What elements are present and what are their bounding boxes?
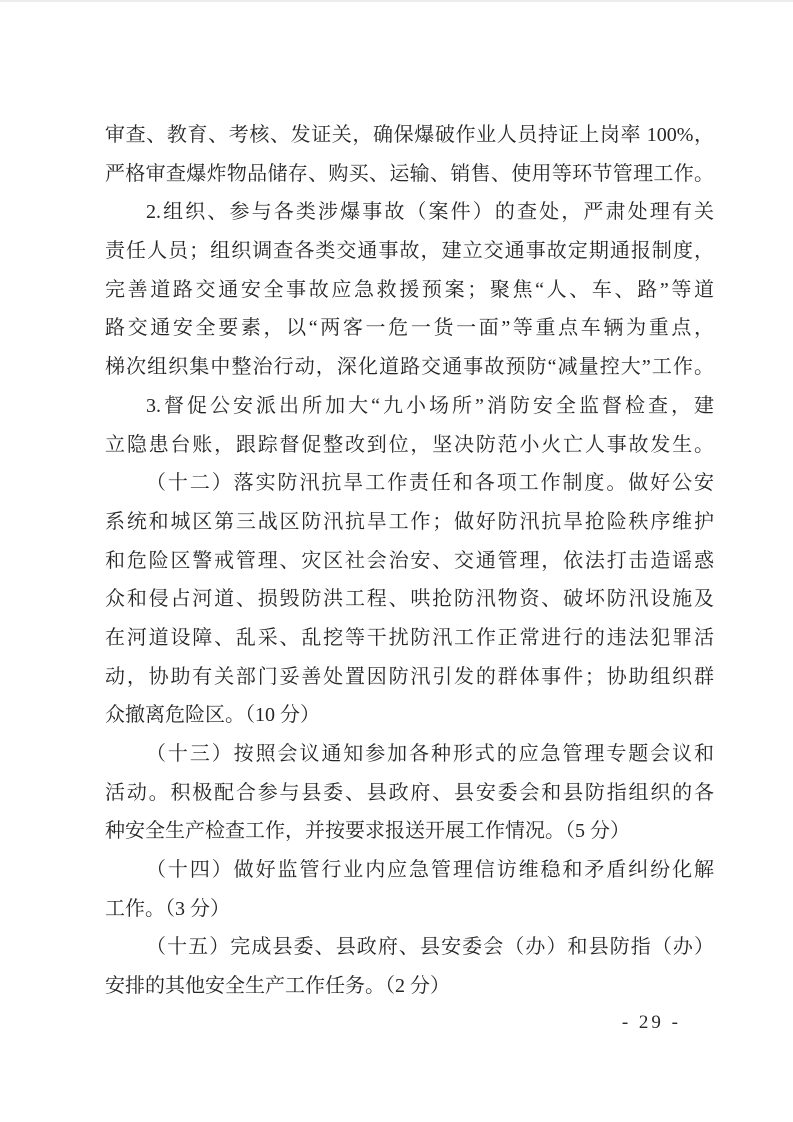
- text-line: 3.督促公安派出所加大“九小场所”消防安全监督检查，建: [105, 387, 714, 426]
- text-line: 动，协助有关部门妥善处置因防汛引发的群体事件；协助组织群: [105, 658, 714, 697]
- text-line: 安排的其他安全生产工作任务。（2 分）: [105, 967, 714, 1006]
- scan-edge-artifact: [0, 0, 793, 2]
- text-line: 立隐患台账，跟踪督促整改到位，坚决防范小火亡人事故发生。: [105, 426, 714, 465]
- text-line: 审查、教育、考核、发证关，确保爆破作业人员持证上岗率 100%，: [105, 116, 714, 155]
- text-line: 系统和城区第三战区防汛抗旱工作；做好防汛抗旱抢险秩序维护: [105, 503, 714, 542]
- text-line: 严格审查爆炸物品储存、购买、运输、销售、使用等环节管理工作。: [105, 155, 714, 194]
- text-line: 2.组织、参与各类涉爆事故（案件）的查处，严肃处理有关: [105, 193, 714, 232]
- text-line: （十三）按照会议通知参加各种形式的应急管理专题会议和: [105, 735, 714, 774]
- text-line: 在河道设障、乱采、乱挖等干扰防汛工作正常进行的违法犯罪活: [105, 619, 714, 658]
- text-line: 工作。（3 分）: [105, 890, 714, 929]
- text-line: （十二）落实防汛抗旱工作责任和各项工作制度。做好公安: [105, 464, 714, 503]
- text-line: 完善道路交通安全事故应急救援预案；聚焦“人、车、路”等道: [105, 271, 714, 310]
- text-line: 众撤离危险区。（10 分）: [105, 696, 714, 735]
- text-line: 梯次组织集中整治行动，深化道路交通事故预防“减量控大”工作。: [105, 348, 714, 387]
- text-line: （十四）做好监管行业内应急管理信访维稳和矛盾纠纷化解: [105, 851, 714, 890]
- text-line: 路交通安全要素，以“两客一危一货一面”等重点车辆为重点，: [105, 309, 714, 348]
- text-line: 众和侵占河道、损毁防洪工程、哄抢防汛物资、破坏防汛设施及: [105, 580, 714, 619]
- text-line: （十五）完成县委、县政府、县安委会（办）和县防指（办）: [105, 928, 714, 967]
- text-line: 活动。积极配合参与县委、县政府、县安委会和县防指组织的各: [105, 774, 714, 813]
- page-number: - 29 -: [622, 1012, 681, 1034]
- document-body: 审查、教育、考核、发证关，确保爆破作业人员持证上岗率 100%，严格审查爆炸物品…: [105, 116, 714, 1006]
- text-line: 责任人员；组织调查各类交通事故，建立交通事故定期通报制度，: [105, 232, 714, 271]
- text-line: 种安全生产检查工作，并按要求报送开展工作情况。（5 分）: [105, 812, 714, 851]
- text-line: 和危险区警戒管理、灾区社会治安、交通管理，依法打击造谣惑: [105, 542, 714, 581]
- document-page: 审查、教育、考核、发证关，确保爆破作业人员持证上岗率 100%，严格审查爆炸物品…: [0, 0, 793, 1122]
